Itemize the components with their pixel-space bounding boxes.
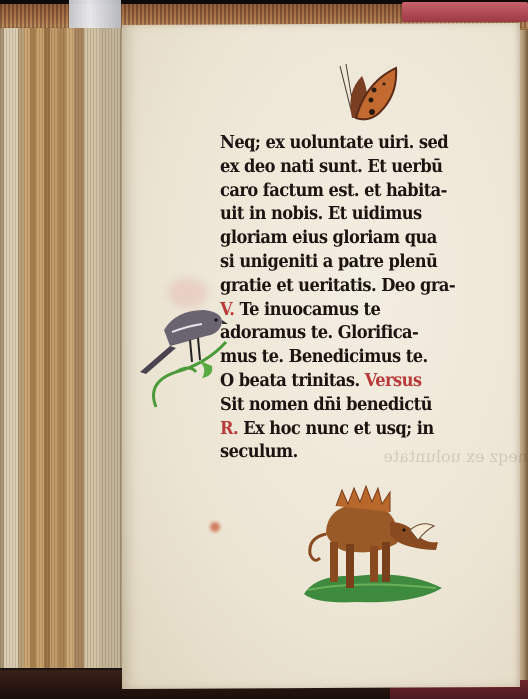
- red-spot: [210, 522, 220, 532]
- rubric-versicle: V.: [220, 300, 239, 320]
- text-line-11-body: O beata trinitas.: [220, 371, 365, 391]
- ribbon-bookmark: [402, 2, 528, 22]
- text-line-13: R. Ex hoc nunc et usq; in: [220, 418, 499, 442]
- text-line-8: V. Te inuocamus te: [220, 299, 499, 323]
- text-line-2: ex deo nati sunt. Et uerbū: [220, 156, 499, 180]
- text-line-13-body: Ex hoc nunc et usq; in: [243, 419, 433, 439]
- text-line-11: O beata trinitas. Versus: [220, 370, 499, 394]
- page-stack-left: [0, 28, 128, 668]
- text-line-4: uit in nobis. Et uidimus: [220, 203, 499, 227]
- text-line-1: Neq; ex uoluntate uiri. sed: [220, 132, 499, 156]
- text-line-10: mus te. Benedicimus te.: [220, 346, 499, 370]
- text-line-6: si unigeniti a patre plenū: [220, 251, 499, 275]
- text-line-12: Sit nomen dn̄i benedictū: [220, 394, 499, 418]
- boar-beast-icon: [296, 484, 446, 606]
- text-line-8-body: Te inuocamus te: [239, 300, 380, 320]
- rubric-response: R.: [220, 419, 243, 439]
- text-line-7: gratie et ueritatis. Deo gra-: [220, 275, 499, 299]
- text-line-5: gloriam eius gloriam qua: [220, 227, 499, 251]
- show-through-text: neqz ex uoluntate: [328, 447, 528, 466]
- manuscript-text-block: Neq; ex uoluntate uiri. sed ex deo nati …: [220, 132, 499, 465]
- butterfly-icon: [326, 62, 406, 126]
- text-line-3: caro factum est. et habita-: [220, 180, 499, 204]
- text-line-9: adoramus te. Glorifica-: [220, 322, 499, 346]
- rubric-versus: Versus: [365, 371, 422, 391]
